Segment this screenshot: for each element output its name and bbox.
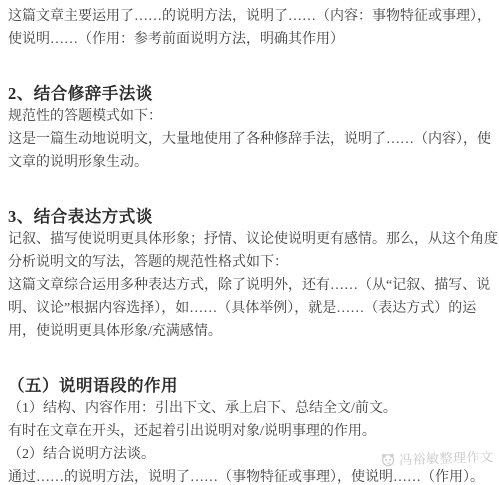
text-line: （1）结构、内容作用：引出下文、承上启下、总结全文/前文。: [8, 397, 491, 420]
text-line: 使说明……（作用：参考前面说明方法，明确其作用）: [8, 28, 491, 51]
section-heading: （五）说明语段的作用: [8, 374, 491, 397]
document-page: 这篇文章主要运用了……的说明方法，说明了……（内容：事物特征或事理）， 使说明……: [0, 0, 499, 485]
document-content: 这篇文章主要运用了……的说明方法，说明了……（内容：事物特征或事理）， 使说明……: [0, 0, 499, 485]
text-line: 分析说明文的写法，答题的规范性格式如下：: [8, 251, 491, 274]
text-line: 这是一篇生动地说明文，大量地使用了各种修辞手法，说明了……（内容），使: [8, 128, 491, 151]
text-line: 有时在文章在开头，还起着引出说明对象/说明事理的作用。: [8, 420, 491, 443]
text-line: 这篇文章主要运用了……的说明方法，说明了……（内容：事物特征或事理），: [8, 5, 491, 28]
text-line: 记叙、描写使说明更具体形象；抒情、议论使说明更有感情。那么，从这个角度: [8, 228, 491, 251]
text-line: 通过……的说明方法，说明了……（事物特征或事理），使说明……（作用）。: [8, 466, 491, 485]
intro-paragraph: 这篇文章主要运用了……的说明方法，说明了……（内容：事物特征或事理）， 使说明……: [8, 5, 491, 51]
text-line: 规范性的答题模式如下：: [8, 105, 491, 128]
section-rhetoric: 2、结合修辞手法谈 规范性的答题模式如下： 这是一篇生动地说明文，大量地使用了各…: [8, 82, 491, 174]
text-line: 用，使说明更具体形象/充满感情。: [8, 320, 491, 343]
text-line: 这篇文章综合运用多种表达方式，除了说明外，还有……（从“记叙、描写、说: [8, 274, 491, 297]
text-line: 文章的说明形象生动。: [8, 151, 491, 174]
text-line: 明、议论”根据内容选择），如……（具体举例），就是……（表达方式）的运: [8, 297, 491, 320]
watermark: 冯裕敏整理作文: [380, 446, 494, 469]
section-paragraph-function: （五）说明语段的作用 （1）结构、内容作用：引出下文、承上启下、总结全文/前文。…: [8, 374, 491, 485]
section-heading: 2、结合修辞手法谈: [8, 82, 491, 105]
watermark-text: 冯裕敏整理作文: [399, 446, 494, 468]
section-expression: 3、结合表达方式谈 记叙、描写使说明更具体形象；抒情、议论使说明更有感情。那么，…: [8, 205, 491, 343]
panda-face-icon: [380, 451, 397, 468]
section-heading: 3、结合表达方式谈: [8, 205, 491, 228]
